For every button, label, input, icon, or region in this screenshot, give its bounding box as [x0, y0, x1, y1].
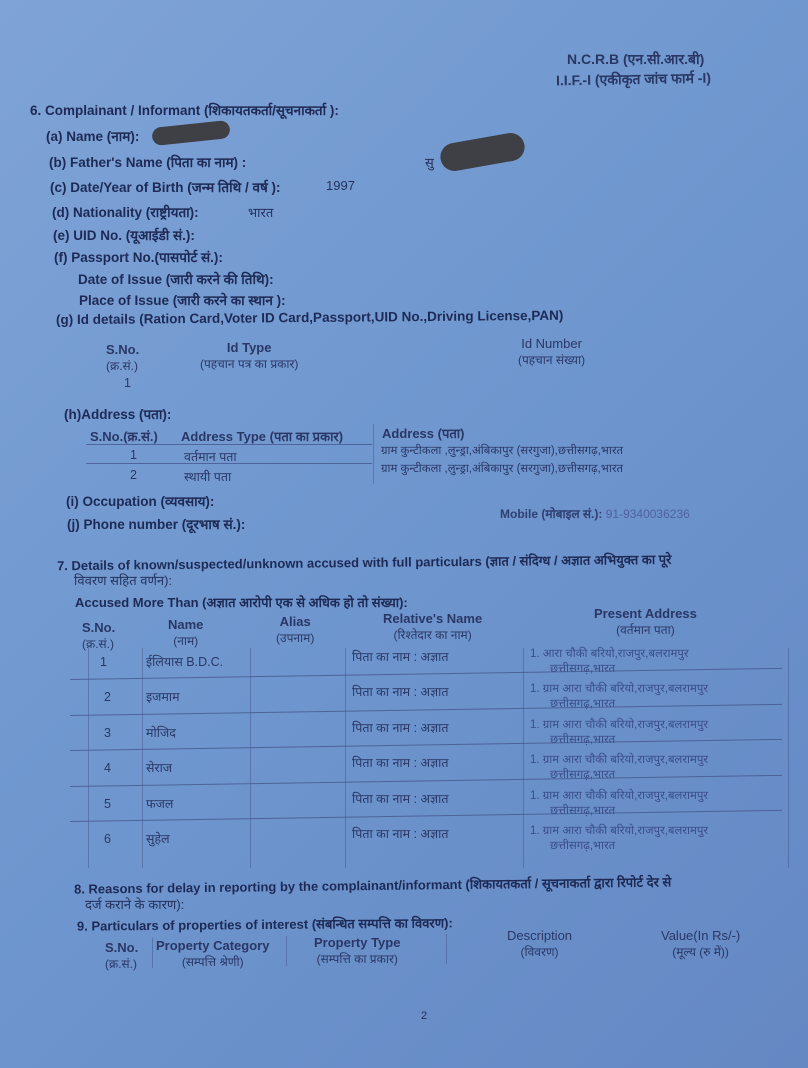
accused-address: 1. ग्राम आरा चौकी बरियो,राजपुर,बलरामपुरछ… [530, 824, 708, 854]
accused-table-divider [88, 648, 89, 868]
accused-col-sno: S.No.(क्र.सं.) [82, 620, 115, 652]
mobile-field: Mobile (मोबाइल सं.): 91-9340036236 [500, 505, 690, 522]
accused-name: मोजिद [146, 724, 176, 741]
accused-relative: पिता का नाम : अज्ञात [352, 825, 448, 842]
id-col-type: Id Type(पहचान पत्र का प्रकार) [200, 340, 298, 372]
accused-col-name: Name(नाम) [168, 617, 203, 649]
section8-title-cont: दर्ज कराने के कारण): [85, 895, 184, 913]
uid-label: (e) UID No. (यूआईडी सं.): [53, 226, 195, 244]
id-col-number: Id Number(पहचान संख्या) [518, 336, 585, 368]
address-table-line [86, 444, 372, 445]
address-table-divider [373, 424, 374, 484]
place-of-issue-label: Place of Issue (जारी करने का स्थान ): [79, 291, 286, 309]
address-row2-sno: 2 [130, 468, 137, 482]
nationality-value: भारत [248, 203, 273, 221]
property-col-sno: S.No.(क्र.सं.) [105, 940, 138, 972]
accused-table-divider [142, 648, 143, 868]
ncrb-header: N.C.R.B (एन.सी.आर.बी) [567, 50, 704, 69]
address-row1-type: वर्तमान पता [184, 448, 237, 465]
accused-relative: पिता का नाम : अज्ञात [352, 683, 448, 700]
accused-col-alias: Alias(उपनाम) [276, 614, 314, 646]
address-row2-value: ग्राम कुन्टीकला ,लुन्ड्रा,अंबिकापुर (सरग… [381, 461, 623, 476]
id-details-label: (g) Id details (Ration Card,Voter ID Car… [56, 308, 563, 327]
section8-title: 8. Reasons for delay in reporting by the… [74, 872, 671, 897]
father-name-label: (b) Father's Name (पिता का नाम) : [49, 153, 246, 171]
property-table-divider [152, 938, 153, 968]
id-col-sno: S.No.(क्र.सं.) [106, 342, 139, 374]
document-page: N.C.R.B (एन.सी.आर.बी) I.I.F.-I (एकीकृत ज… [0, 0, 808, 1068]
dob-value: 1997 [326, 178, 355, 193]
property-col-category: Property Category(सम्पत्ति श्रेणी) [156, 938, 269, 970]
address-row2-type: स्थायी पता [184, 468, 231, 485]
accused-name: फजल [146, 795, 173, 812]
accused-table-divider [523, 648, 524, 868]
accused-col-relative: Relative's Name(रिश्तेदार का नाम) [383, 611, 482, 643]
accused-table-divider [788, 648, 789, 868]
accused-sno: 2 [104, 690, 111, 704]
property-col-description: Description(विवरण) [507, 928, 572, 960]
accused-name: सेराज [146, 759, 172, 776]
accused-sno: 6 [104, 832, 111, 846]
nationality-label: (d) Nationality (राष्ट्रीयता): [52, 203, 199, 221]
address-label: (h)Address (पता): [64, 405, 171, 423]
accused-relative: पिता का नाम : अज्ञात [352, 648, 448, 665]
property-table-divider [286, 936, 287, 966]
accused-name: सुहेल [146, 830, 170, 847]
accused-name: इजमाम [146, 688, 180, 705]
accused-table-divider [250, 648, 251, 868]
date-of-issue-label: Date of Issue (जारी करने की तिथि): [78, 270, 274, 288]
address-row1-value: ग्राम कुन्टीकला ,लुन्ड्रा,अंबिकापुर (सरग… [381, 443, 623, 458]
address-col-sno: S.No.(क्र.सं.) [90, 427, 158, 445]
page-number: 2 [421, 1010, 427, 1022]
address-col-type: Address Type (पता का प्रकार) [181, 427, 343, 445]
accused-relative: पिता का नाम : अज्ञात [352, 790, 448, 807]
accused-sno: 5 [104, 797, 111, 811]
accused-sno: 1 [100, 655, 107, 669]
address-col-address: Address (पता) [382, 424, 464, 442]
id-row-sno: 1 [124, 376, 131, 390]
accused-sno: 4 [104, 761, 111, 775]
section9-title: 9. Particulars of properties of interest… [77, 913, 453, 934]
accused-more-than-label: Accused More Than (अज्ञात आरोपी एक से अध… [75, 593, 408, 611]
passport-label: (f) Passport No.(पासपोर्ट सं.): [54, 248, 223, 266]
property-col-value: Value(In Rs/-)(मूल्य (रु में)) [661, 928, 740, 960]
form-header: I.I.F.-I (एकीकृत जांच फार्म -I) [556, 69, 711, 91]
accused-relative: पिता का नाम : अज्ञात [352, 754, 448, 771]
property-table-divider [446, 934, 447, 964]
accused-address: 1. आरा चौकी बरियो,राजपुर,बलरामपुरछत्तीसग… [530, 647, 689, 677]
accused-name: ईलियास B.D.C. [146, 653, 223, 670]
accused-col-address: Present Address(वर्तमान पता) [594, 606, 697, 638]
father-name-redaction [438, 131, 527, 173]
occupation-label: (i) Occupation (व्यवसाय): [66, 492, 214, 510]
section6-title: 6. Complainant / Informant (शिकायतकर्ता/… [30, 101, 339, 119]
phone-label: (j) Phone number (दूरभाष सं.): [67, 515, 245, 533]
address-row1-sno: 1 [130, 448, 137, 462]
accused-table-divider [345, 648, 346, 868]
accused-relative: पिता का नाम : अज्ञात [352, 719, 448, 736]
accused-sno: 3 [104, 726, 111, 740]
name-label: (a) Name (नाम): [46, 127, 139, 145]
father-name-prefix: सु [425, 153, 434, 171]
section7-title-cont: विवरण सहित वर्णन): [74, 571, 172, 589]
property-col-type: Property Type(सम्पत्ति का प्रकार) [314, 935, 400, 967]
name-redaction [151, 120, 230, 146]
dob-label: (c) Date/Year of Birth (जन्म तिथि / वर्ष… [50, 178, 281, 196]
